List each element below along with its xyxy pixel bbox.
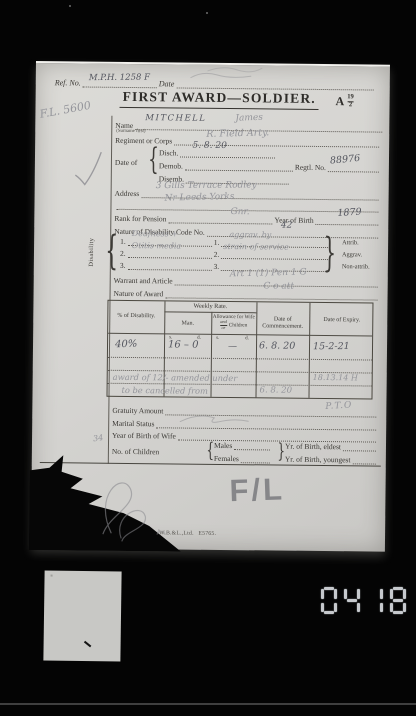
date-of-brace: { bbox=[148, 145, 159, 175]
disability-1b-number: 1. bbox=[214, 238, 220, 247]
table-dotted-rule bbox=[108, 357, 372, 361]
disability-side-label: Disability bbox=[88, 234, 95, 272]
col-man-header: Man. bbox=[164, 320, 211, 328]
disability-3-number: 3. bbox=[120, 261, 126, 270]
date-of-block: Date of { Disch. 5. 8. 20 Demob. Regtl. … bbox=[115, 147, 381, 182]
form-code-fraction: 19 2 bbox=[347, 94, 354, 109]
header-scribble bbox=[208, 68, 262, 72]
amendment-note-line1: award of 12/- amended under bbox=[113, 372, 238, 383]
warrant-row: Warrant and Article Art 1 (1) Pen 1 G bbox=[114, 275, 380, 288]
digit-segment bbox=[403, 589, 406, 599]
males-row: Males bbox=[214, 440, 272, 451]
check-mark bbox=[76, 152, 101, 184]
rank-row: Rank for Pension Gnr. Year of Birth 1879 bbox=[114, 213, 380, 226]
digit-segment bbox=[344, 589, 347, 599]
date-label: Date bbox=[159, 79, 175, 88]
form-fields: Name (Surname first) MITCHELL James Regi… bbox=[108, 116, 382, 467]
digit-segment bbox=[403, 603, 406, 613]
dotted-leader: 5. 8. 20 bbox=[180, 149, 275, 159]
digit-segment bbox=[393, 599, 403, 602]
aggrav-label: Aggrav. bbox=[342, 251, 378, 258]
demob-row: Demob. Regtl. No. 88976 bbox=[159, 160, 381, 172]
form-title: FIRST AWARD—SOLDIER. bbox=[120, 89, 320, 110]
film-corner-shadow bbox=[29, 453, 182, 552]
dotted-leader: aggrav. by bbox=[221, 238, 328, 248]
frame-counter bbox=[321, 587, 413, 614]
dotted-leader: Otitis media bbox=[128, 249, 212, 259]
or-word: or bbox=[220, 325, 227, 331]
disability-3b-number: 3. bbox=[213, 262, 219, 271]
eldest-label: Yr. of Birth, eldest bbox=[285, 442, 341, 452]
film-square-speck bbox=[51, 574, 53, 576]
dotted-leader: 3 Gills Terrace Rodley bbox=[141, 189, 378, 200]
dotted-leader: Nr Leeds Yorks bbox=[116, 201, 378, 213]
dotted-leader bbox=[241, 454, 270, 463]
award-label: Nature of Award bbox=[114, 289, 164, 299]
allowance-header-text: Allowance for Wife bbox=[213, 314, 255, 320]
disch-row: Disch. 5. 8. 20 bbox=[159, 147, 277, 158]
disability-block: Disability { 1. Deafness + 1. aggrav. by… bbox=[114, 234, 380, 275]
fl-stamp: F/L bbox=[229, 471, 286, 509]
date-of-label: Date of bbox=[115, 158, 137, 167]
disability-row-2: 2. Otitis media 2. strain of service bbox=[120, 248, 330, 260]
counter-digit bbox=[390, 587, 406, 614]
disability-2-number: 2. bbox=[120, 249, 126, 258]
males-label: Males bbox=[214, 441, 232, 450]
document-page: Ref. No. M.P.H. 1258 F Date FIRST AWARD—… bbox=[31, 61, 390, 552]
form-code-denominator: 2 bbox=[347, 101, 354, 109]
dotted-leader: strain of service bbox=[221, 250, 328, 260]
marital-row: Marital Status bbox=[112, 418, 378, 431]
dotted-leader: R. Field Arty. bbox=[174, 136, 379, 147]
digit-segment bbox=[334, 589, 337, 599]
digit-segment bbox=[380, 603, 383, 613]
address-row: Address 3 Gills Terrace Rodley bbox=[115, 188, 381, 201]
digit-segment bbox=[390, 603, 393, 613]
demob-label: Demob. bbox=[159, 161, 183, 170]
allowance-handwriting: — bbox=[228, 342, 237, 352]
dotted-leader: Deafness + bbox=[128, 237, 212, 247]
ref-label: Ref. No. bbox=[55, 78, 81, 87]
commencement-handwriting: 6. 8. 20 bbox=[259, 340, 295, 351]
gratuity-row: Gratuity Amount bbox=[112, 405, 378, 418]
regtl-no-handwriting: 88976 bbox=[330, 153, 361, 167]
disemb-row: Disemb. bbox=[159, 173, 291, 184]
weekly-rate-table: % of Disability. Weekly Rate. Man. Allow… bbox=[106, 300, 373, 400]
form-title-wrap: FIRST AWARD—SOLDIER. bbox=[120, 89, 320, 110]
eldest-row: Yr. of Birth, eldest bbox=[285, 441, 378, 452]
digit-segment bbox=[393, 611, 403, 614]
ref-number-handwriting: M.P.H. 1258 F bbox=[89, 73, 150, 83]
regiment-label: Regiment or Corps bbox=[115, 136, 172, 146]
man-rate-handwriting: 16 – 0 bbox=[168, 339, 199, 350]
disability-row-1: 1. Deafness + 1. aggrav. by bbox=[120, 236, 330, 248]
film-edge-line bbox=[0, 703, 416, 705]
and-or-stack: andor bbox=[220, 320, 227, 330]
table-rule bbox=[108, 333, 372, 337]
dotted-leader: Gnr. bbox=[168, 214, 272, 224]
counter-digit bbox=[344, 587, 360, 614]
dotted-leader bbox=[185, 162, 293, 172]
surname-handwriting: MITCHELL bbox=[145, 113, 206, 124]
table-dotted-rule bbox=[108, 370, 372, 374]
dotted-leader bbox=[234, 441, 270, 450]
film-speck bbox=[69, 5, 71, 7]
disability-1-number: 1. bbox=[120, 237, 126, 246]
pencil-file-number: F.L. 5600 bbox=[39, 99, 92, 121]
digit-segment bbox=[393, 587, 403, 590]
gratuity-label: Gratuity Amount bbox=[112, 406, 163, 416]
dotted-leader bbox=[352, 455, 375, 464]
digit-segment bbox=[321, 603, 324, 613]
shilling-unit: s. bbox=[169, 335, 172, 340]
digit-segment bbox=[390, 589, 393, 599]
counter-digit bbox=[321, 587, 337, 614]
film-blank-square bbox=[43, 570, 121, 661]
pct-disability-handwriting: 40% bbox=[115, 339, 137, 351]
marital-label: Marital Status bbox=[112, 419, 154, 428]
dotted-leader: MITCHELL James bbox=[135, 121, 382, 133]
dotted-leader bbox=[127, 261, 211, 271]
rank-label: Rank for Pension bbox=[114, 214, 166, 224]
disability-row-3: 3. 3. bbox=[120, 260, 330, 272]
disch-label: Disch. bbox=[159, 148, 178, 157]
attrib-label: Attrib. bbox=[342, 239, 378, 246]
dotted-leader bbox=[186, 175, 289, 185]
film-square-mark bbox=[84, 641, 91, 648]
youngest-row: Yr. of Birth, youngest bbox=[285, 454, 378, 465]
pence-unit: d. bbox=[197, 336, 201, 341]
digit-segment bbox=[380, 589, 383, 599]
expiry-handwriting: 15-2-21 bbox=[313, 341, 350, 352]
disability-open-brace: { bbox=[105, 231, 118, 271]
digit-segment bbox=[357, 603, 360, 613]
dotted-leader: 1879 bbox=[316, 216, 379, 226]
amendment-note-line1-right: 18.13.14 H bbox=[313, 373, 358, 382]
amendment-note-line2-right: 6. 8. 20 bbox=[260, 385, 293, 395]
disability-close-brace: } bbox=[323, 233, 336, 273]
disemb-label: Disemb. bbox=[159, 174, 184, 183]
warrant-label: Warrant and Article bbox=[114, 276, 173, 286]
digit-segment bbox=[347, 599, 357, 602]
dotted-leader: C o att bbox=[165, 289, 377, 300]
name-row: Name (Surname first) MITCHELL James bbox=[115, 120, 384, 133]
shilling-unit: s. bbox=[216, 336, 219, 341]
form-code-letter: A bbox=[336, 94, 345, 109]
col-allowance-header: Allowance for Wife andorChildren bbox=[211, 314, 256, 331]
youngest-label: Yr. of Birth, youngest bbox=[285, 455, 351, 465]
dotted-leader: M.P.H. 1258 F bbox=[83, 78, 157, 88]
counter-digit bbox=[367, 587, 383, 614]
weekly-rate-header: Weekly Rate. bbox=[164, 302, 256, 311]
disability-2b-number: 2. bbox=[214, 250, 220, 259]
col-commencement-header: Date of Commencement. bbox=[256, 316, 309, 331]
non-attrib-label: Non-attrib. bbox=[342, 263, 378, 270]
dotted-leader bbox=[221, 262, 328, 272]
form-code: A 19 2 bbox=[336, 94, 354, 109]
digit-segment bbox=[357, 589, 360, 599]
regtl-no-label: Regtl. No. bbox=[295, 163, 326, 172]
dotted-leader bbox=[343, 442, 376, 451]
digit-segment bbox=[324, 611, 334, 614]
children-label: No. of Children bbox=[112, 447, 159, 456]
females-label: Females bbox=[214, 454, 239, 463]
females-row: Females bbox=[214, 453, 272, 464]
address-row-2: Nr Leeds Yorks bbox=[114, 200, 380, 213]
film-speck bbox=[206, 12, 208, 14]
address-label: Address bbox=[115, 189, 140, 198]
award-row: Nature of Award C o att bbox=[114, 288, 380, 301]
digit-segment bbox=[334, 603, 337, 613]
forename-handwriting: James bbox=[235, 113, 263, 124]
digit-segment bbox=[321, 589, 324, 599]
dotted-leader: Art 1 (1) Pen 1 G bbox=[175, 276, 378, 287]
col-expiry-header: Date of Expiry. bbox=[309, 317, 374, 325]
pence-unit: d. bbox=[245, 336, 249, 341]
dotted-leader bbox=[165, 406, 376, 417]
digit-segment bbox=[324, 587, 334, 590]
dotted-leader: 88976 bbox=[328, 163, 379, 173]
children-word: Children bbox=[229, 322, 248, 328]
col-disability-header: % of Disability. bbox=[108, 313, 164, 321]
pencil-children-note: 34 bbox=[92, 433, 103, 443]
amendment-note-line2: to be cancelled from bbox=[122, 385, 208, 396]
film-frame: Ref. No. M.P.H. 1258 F Date FIRST AWARD—… bbox=[0, 0, 416, 716]
dotted-leader bbox=[156, 419, 376, 430]
table-dotted-rule bbox=[108, 383, 372, 387]
year-of-birth-label: Year of Birth bbox=[274, 216, 313, 225]
ref-date-row: Ref. No. M.P.H. 1258 F Date bbox=[55, 76, 376, 90]
